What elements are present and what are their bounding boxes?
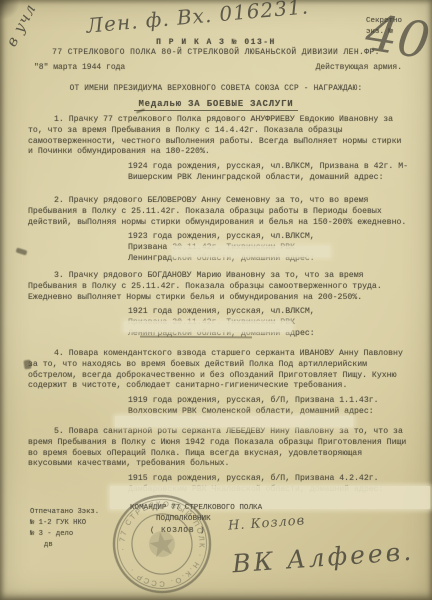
handwritten-registration-note: Лен. ф. Вх. 016231.: [85, 0, 309, 38]
order-subtitle: 77 СТРЕЛКОВОГО ПОЛКА 80-Й СТРЕЛКОВОЙ ЛЮБ…: [0, 48, 432, 57]
item-details: 1919 года рождения, русская, б/П, Призва…: [128, 396, 423, 418]
handwritten-copy-number: 40: [363, 7, 432, 66]
redaction-strip: [124, 321, 292, 332]
order-date: "8" марта 1944 года: [34, 63, 125, 72]
redaction-strip: [115, 416, 353, 427]
army-note: Действующая армия.: [316, 63, 402, 72]
order-title: П Р И К А З № 013-Н: [0, 38, 432, 47]
award-item: 1. Прачку 77 стрелкового Полка рядового …: [28, 115, 408, 184]
award-heading: Медалью ЗА БОЕВЫЕ ЗАСЛУГИ: [0, 99, 432, 109]
award-item: 4. Повара комендантского взвода старшего…: [28, 349, 408, 418]
item-number: 5.: [54, 427, 64, 436]
ink-smudge: [15, 247, 27, 255]
item-details: 1924 года рождения, русская, чл.ВЛКСМ, П…: [128, 162, 423, 184]
item-number: 1.: [54, 115, 64, 124]
preamble: ОТ ИМЕНИ ПРЕЗИДИУМА ВЕРХОВНОГО СОВЕТА СО…: [0, 85, 432, 93]
handwritten-endorsement-signature: ВК Алфеев.: [231, 537, 415, 579]
print-note: Отпечатано 3экз. № 1-2 ГУК НКО № 3 - дел…: [30, 507, 99, 552]
redaction-strip: [172, 246, 330, 257]
item-number: 4.: [54, 349, 64, 358]
item-citation: Повара санитарной роты сержанта ЛЕБЕДЕВУ…: [28, 427, 406, 468]
item-citation: Повара комендантского взвода старшего се…: [28, 349, 403, 390]
item-citation: Прачку 77 стрелкового Полка рядового АНУ…: [28, 115, 401, 156]
item-citation: Прачку рядового БОГДАНОВУ Марию Ивановну…: [28, 271, 382, 302]
item-number: 3.: [54, 271, 64, 280]
date-row: "8" марта 1944 года Действующая армия.: [34, 63, 402, 72]
item-number: 2.: [54, 196, 64, 205]
ink-smudge: [23, 360, 31, 370]
round-seal-stamp-icon: · 77 СТРЕЛКОВЫЙ ПОЛК · Н.К.О. СССР ·: [102, 484, 222, 600]
scanned-order-document: в учл Лен. ф. Вх. 016231. Секретно экз. …: [0, 0, 432, 600]
item-citation: Прачку рядового БЕЛОВЕРОВУ Анну Семеновн…: [28, 196, 406, 227]
